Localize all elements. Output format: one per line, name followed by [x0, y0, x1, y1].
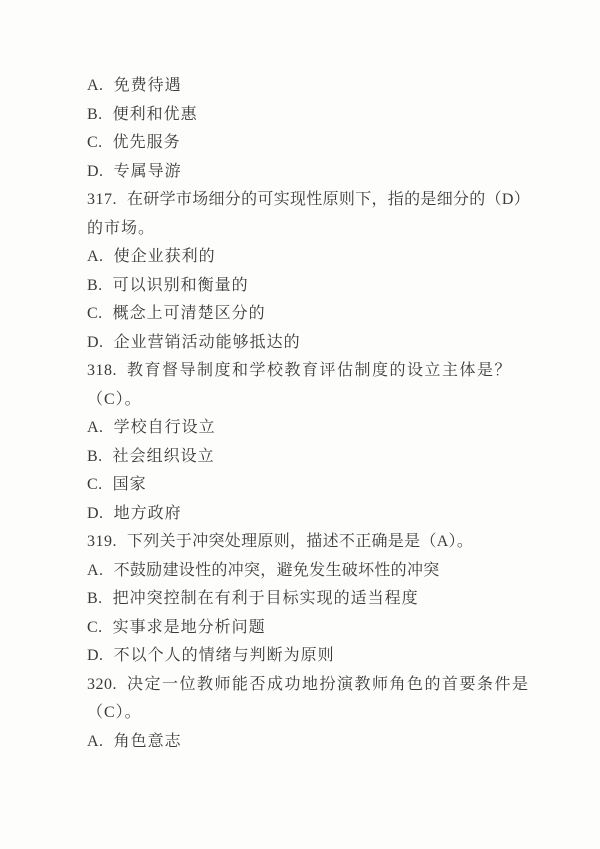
question-text: 下列关于冲突处理原则，描述不正确是是（A）。 — [127, 533, 473, 550]
question-number: 320. — [87, 676, 117, 693]
option-label: B. — [87, 277, 103, 294]
option-text: 角色意志 — [114, 733, 182, 750]
option-line: D.专属导游 — [87, 158, 517, 187]
option-line: B.把冲突控制在有利于目标实现的适当程度 — [87, 585, 517, 614]
option-line: C.实事求是地分析问题 — [87, 614, 517, 643]
option-line: D.不以个人的情绪与判断为原则 — [87, 642, 517, 671]
option-line: A.学校自行设立 — [87, 414, 517, 443]
question-stem-line: 318.教育督导制度和学校教育评估制度的设立主体是？ — [87, 357, 517, 386]
question-text: 的市场。 — [87, 220, 155, 237]
question-number: 319. — [87, 533, 117, 550]
option-text: 把冲突控制在有利于目标实现的适当程度 — [113, 590, 419, 607]
option-line: C.优先服务 — [87, 129, 517, 158]
option-text: 不以个人的情绪与判断为原则 — [114, 647, 335, 664]
option-label: C. — [87, 134, 103, 151]
option-text: 地方政府 — [114, 505, 182, 522]
option-label: B. — [87, 106, 103, 123]
question-stem-line: 317.在研学市场细分的可实现性原则下，指的是细分的（D） — [87, 186, 517, 215]
option-line: A.不鼓励建设性的冲突，避免发生破坏性的冲突 — [87, 557, 517, 586]
option-line: B.社会组织设立 — [87, 443, 517, 472]
option-text: 可以识别和衡量的 — [113, 277, 249, 294]
question-text: （C）。 — [87, 391, 142, 408]
option-label: D. — [87, 505, 104, 522]
option-text: 企业营销活动能够抵达的 — [114, 334, 301, 351]
option-label: D. — [87, 163, 104, 180]
option-label: B. — [87, 448, 103, 465]
option-text: 使企业获利的 — [114, 248, 216, 265]
option-label: C. — [87, 305, 103, 322]
option-text: 不鼓励建设性的冲突，避免发生破坏性的冲突 — [114, 562, 440, 579]
option-line: D.企业营销活动能够抵达的 — [87, 329, 517, 358]
option-label: A. — [87, 248, 104, 265]
question-number: 318. — [87, 362, 117, 379]
option-text: 学校自行设立 — [114, 419, 216, 436]
question-stem-continuation: （C）。 — [87, 386, 517, 415]
option-text: 国家 — [113, 476, 147, 493]
option-line: C.国家 — [87, 471, 517, 500]
option-label: C. — [87, 476, 103, 493]
question-number: 317. — [87, 191, 117, 208]
option-label: A. — [87, 562, 104, 579]
question-text: （C）。 — [87, 704, 142, 721]
option-label: D. — [87, 647, 104, 664]
question-stem-line: 319.下列关于冲突处理原则，描述不正确是是（A）。 — [87, 528, 517, 557]
option-text: 社会组织设立 — [113, 448, 215, 465]
option-label: D. — [87, 334, 104, 351]
option-label: A. — [87, 733, 104, 750]
option-text: 免费待遇 — [114, 77, 182, 94]
option-label: A. — [87, 77, 104, 94]
option-line: A.免费待遇 — [87, 72, 517, 101]
question-text: 决定一位教师能否成功地扮演教师角色的首要条件是 — [127, 676, 530, 693]
option-line: B.可以识别和衡量的 — [87, 272, 517, 301]
question-list: A.免费待遇 B.便利和优惠 C.优先服务 D.专属导游 317.在研学市场细分… — [87, 72, 517, 756]
question-text: 教育督导制度和学校教育评估制度的设立主体是？ — [127, 362, 512, 379]
document-page: A.免费待遇 B.便利和优惠 C.优先服务 D.专属导游 317.在研学市场细分… — [0, 0, 600, 849]
option-line: C.概念上可清楚区分的 — [87, 300, 517, 329]
question-stem-continuation: 的市场。 — [87, 215, 517, 244]
option-text: 实事求是地分析问题 — [113, 619, 266, 636]
question-text: 在研学市场细分的可实现性原则下，指的是细分的（D） — [127, 191, 530, 208]
question-stem-continuation: （C）。 — [87, 699, 517, 728]
option-label: A. — [87, 419, 104, 436]
option-text: 专属导游 — [114, 163, 182, 180]
option-text: 优先服务 — [113, 134, 181, 151]
question-stem-line: 320.决定一位教师能否成功地扮演教师角色的首要条件是 — [87, 671, 517, 700]
option-line: A.使企业获利的 — [87, 243, 517, 272]
option-text: 概念上可清楚区分的 — [113, 305, 266, 322]
option-line: A.角色意志 — [87, 728, 517, 757]
option-text: 便利和优惠 — [113, 106, 198, 123]
option-label: C. — [87, 619, 103, 636]
option-line: B.便利和优惠 — [87, 101, 517, 130]
option-label: B. — [87, 590, 103, 607]
option-line: D.地方政府 — [87, 500, 517, 529]
